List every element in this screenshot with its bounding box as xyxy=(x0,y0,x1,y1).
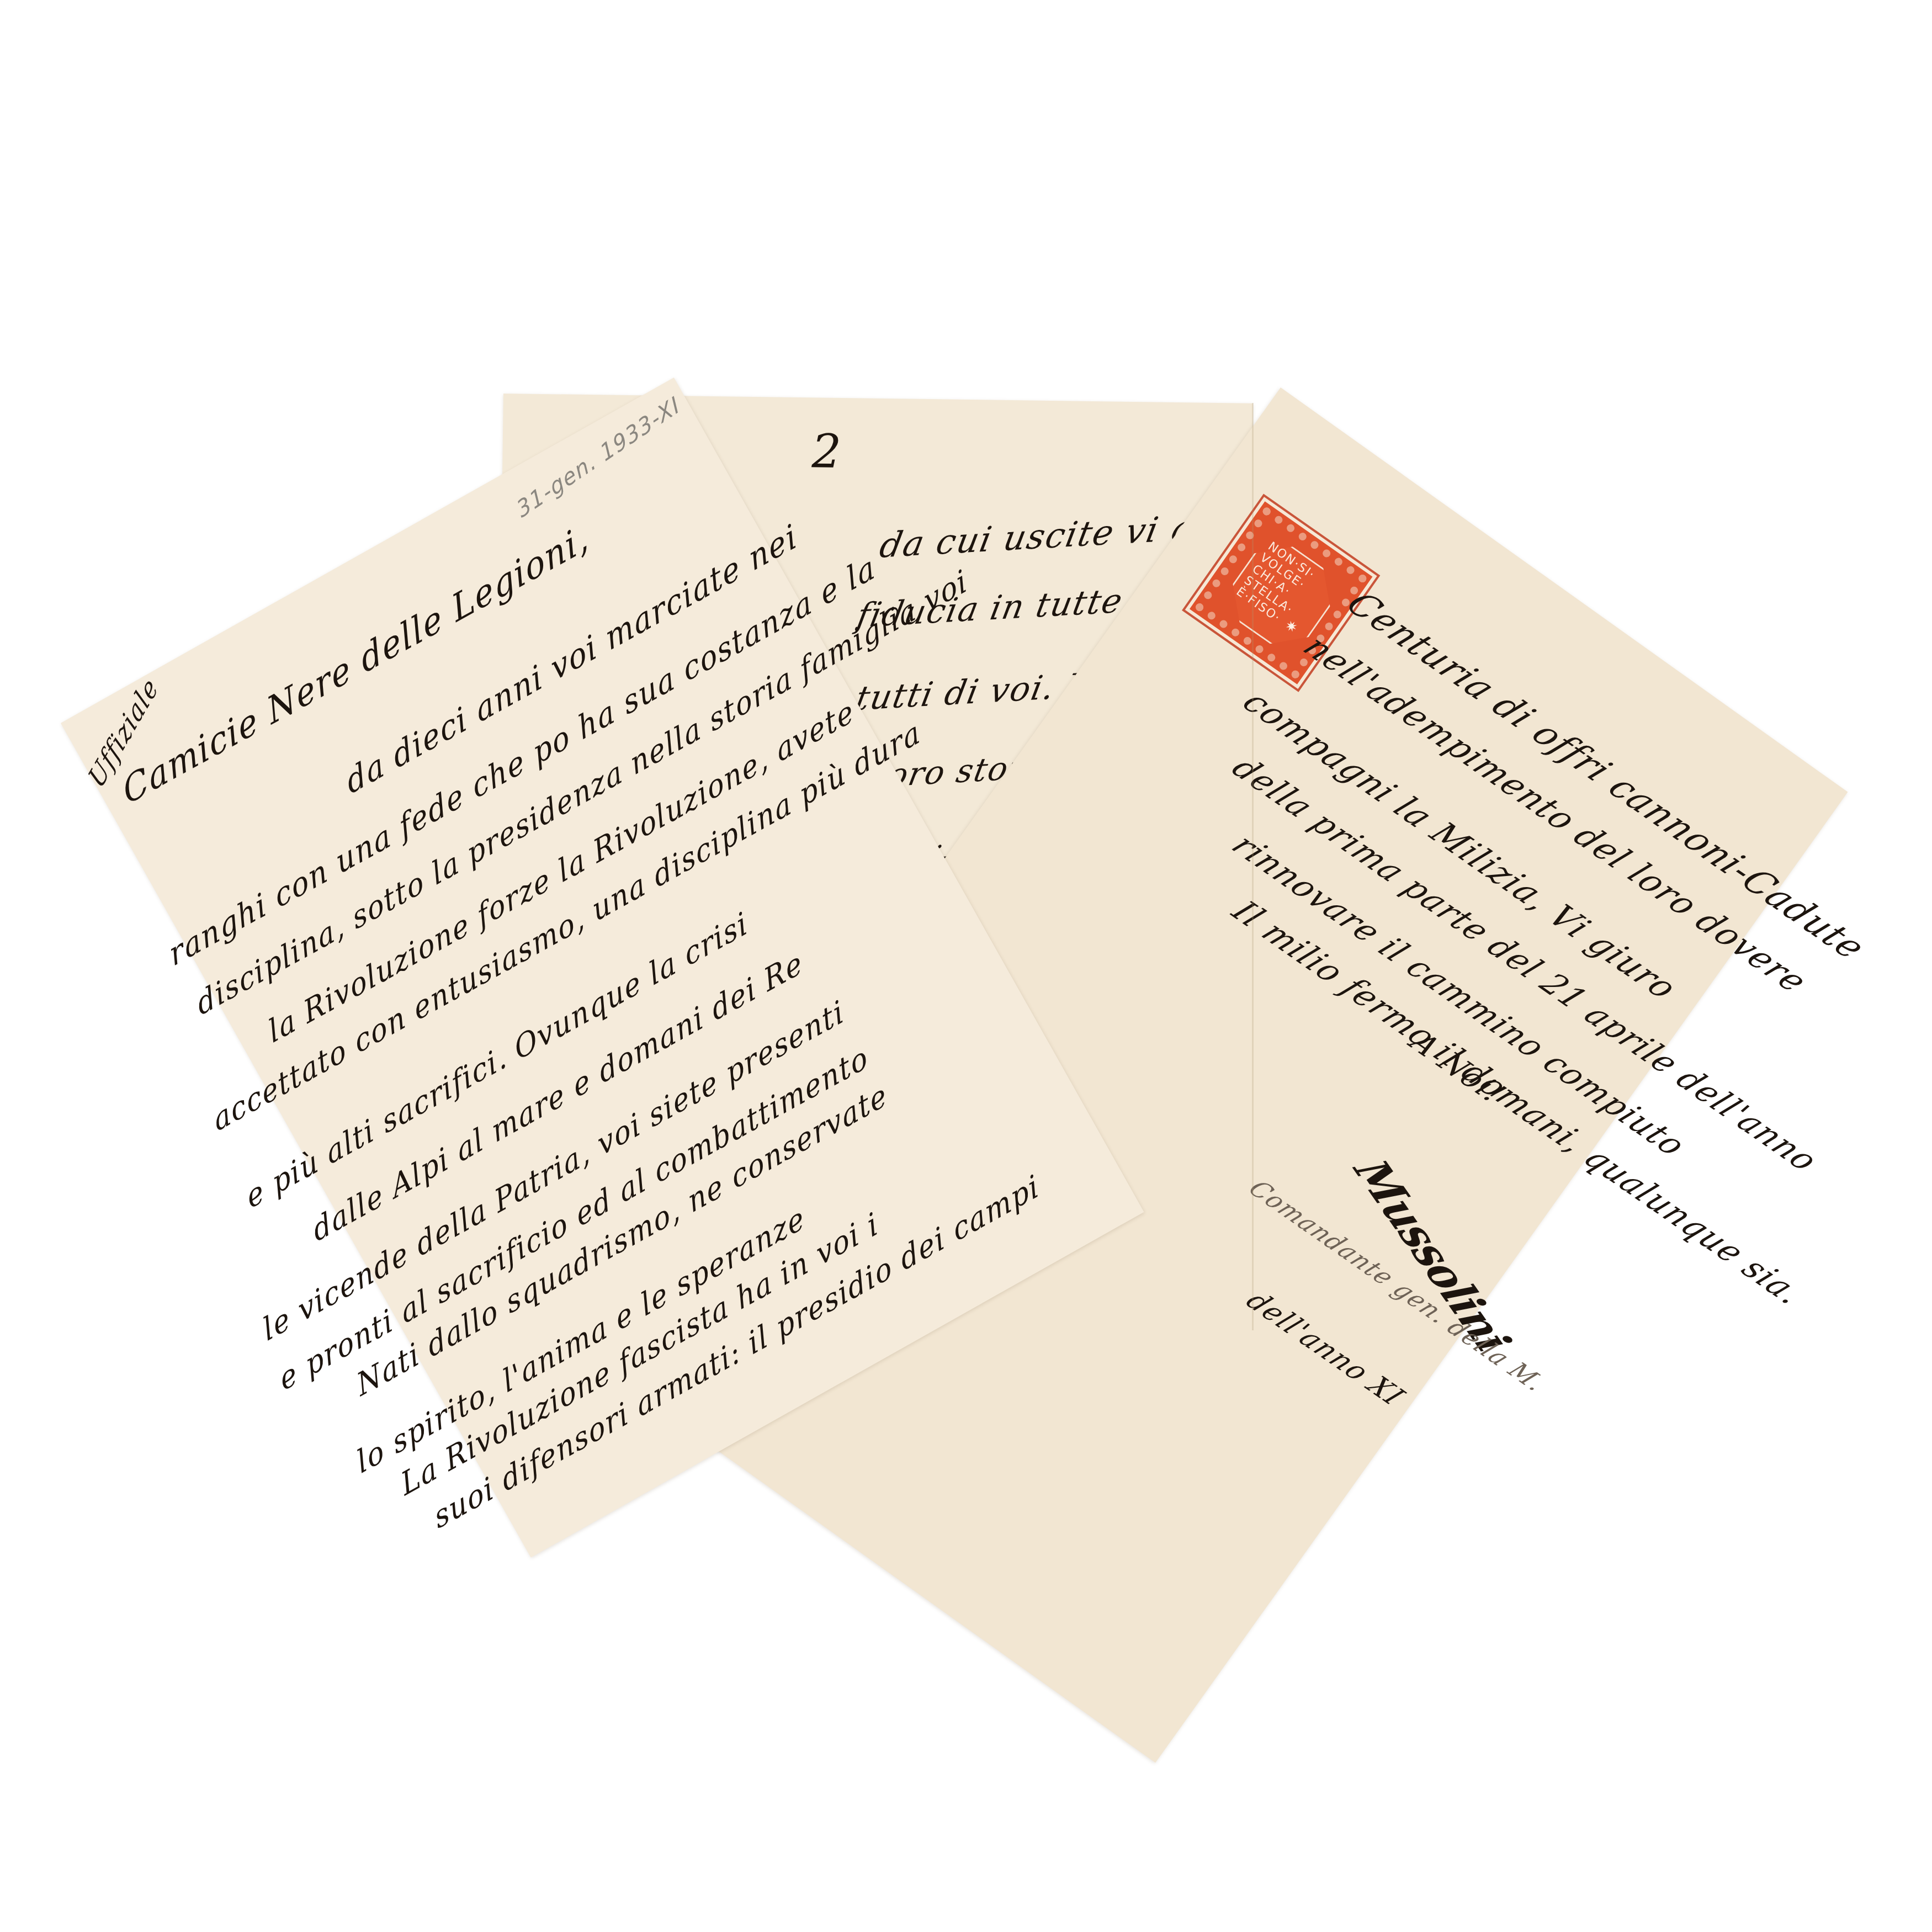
photo-stage: 2 da cui uscite vi guardo con fiducia in… xyxy=(0,0,1932,1932)
right-page-left-edge xyxy=(1252,403,1254,1330)
left-page-content: 31-gen. 1933-XI Uffiziale Camicie Nere d… xyxy=(0,0,1932,1932)
handwriting-line: suoi difensori armati: il presidio dei c… xyxy=(431,1167,1043,1536)
pencil-date-annotation: 31-gen. 1933-XI xyxy=(513,391,684,523)
